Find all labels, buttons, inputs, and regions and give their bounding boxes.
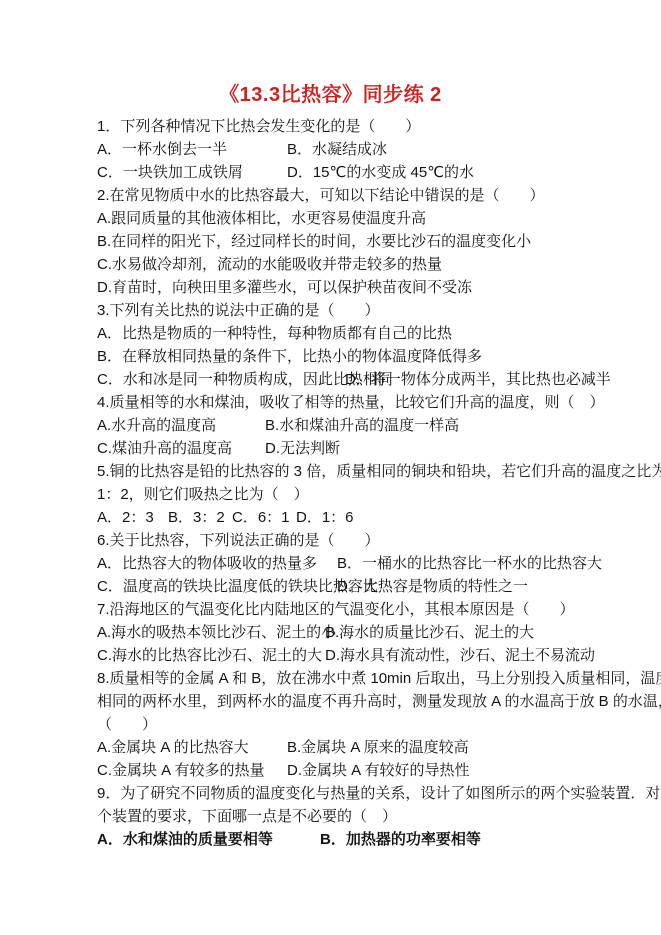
question-7-options-ab: A.海水的吸热本领比沙石、泥土的小B.海水的质量比沙石、泥土的大 (97, 621, 601, 644)
text-segment: A．比热容大的物体吸收的热量多 (97, 552, 337, 575)
text-segment: A.金属块 A 的比热容大 (97, 736, 287, 759)
text-segment: 9．为了研究不同物质的温度变化与热量的关系，设计了如图所示的两个实验装置．对这两 (97, 785, 661, 802)
question-6-options-ab: A．比热容大的物体吸收的热量多B．一桶水的比热容比一杯水的比热容大 (97, 552, 601, 575)
text-segment: （ ） (97, 716, 157, 733)
text-segment: 4.质量相等的水和煤油，吸收了相等的热量，比较它们升高的温度，则（ ） (97, 394, 605, 411)
question-8-stem-line2: 相同的两杯水里，到两杯水的温度不再升高时，测量发现放 A 的水温高于放 B 的水… (97, 690, 601, 713)
text-segment: C．6：1 (232, 506, 296, 529)
text-segment: D．15℃的水变成 45℃的水 (287, 164, 474, 181)
text-segment: C．一块铁加工成铁屑 (97, 161, 287, 184)
text-segment: B.在同样的阳光下，经过同样长的时间，水要比沙石的温度变化小 (97, 233, 531, 250)
text-segment: D．将一物体分成两半，其比热也必减半 (345, 371, 611, 388)
text-segment: 2.在常见物质中水的比热容最大，可知以下结论中错误的是（ ） (97, 187, 545, 204)
text-segment: B.海水的质量比沙石、泥土的大 (325, 624, 534, 641)
question-8-options-ab: A.金属块 A 的比热容大B.金属块 A 原来的温度较高 (97, 736, 601, 759)
text-segment: C.煤油升高的温度高 (97, 437, 265, 460)
question-2-option-b: B.在同样的阳光下，经过同样长的时间，水要比沙石的温度变化小 (97, 230, 601, 253)
question-9-stem-line2: 个装置的要求，下面哪一点是不必要的（ ） (97, 805, 601, 828)
question-2-stem: 2.在常见物质中水的比热容最大，可知以下结论中错误的是（ ） (97, 184, 601, 207)
text-segment: 3.下列有关比热的说法中正确的是（ ） (97, 302, 380, 319)
text-segment: 8.质量相等的金属 A 和 B，放在沸水中煮 10min 后取出，马上分别投入质… (97, 670, 661, 687)
question-6-stem: 6.关于比热容，下列说法正确的是（ ） (97, 529, 601, 552)
text-segment: B.金属块 A 原来的温度较高 (287, 739, 469, 756)
question-7-stem: 7.沿海地区的气温变化比内陆地区的气温变化小，其根本原因是（ ） (97, 598, 601, 621)
text-segment: B．在释放相同热量的条件下，比热小的物体温度降低得多 (97, 348, 482, 365)
question-9-options-ab: A．水和煤油的质量要相等B．加热器的功率要相等 (97, 828, 601, 851)
question-3-option-a: A．比热是物质的一种特性，每种物质都有自己的比热 (97, 322, 601, 345)
text-segment: A．比热是物质的一种特性，每种物质都有自己的比热 (97, 325, 452, 342)
text-segment: B.水和煤油升高的温度一样高 (265, 417, 459, 434)
text-segment: 5.铜的比热容是铅的比热容的 3 倍，质量相同的铜块和铅块，若它们升高的温度之比… (97, 463, 661, 480)
text-segment: A．水和煤油的质量要相等 (97, 828, 320, 851)
text-segment: C．水和冰是同一种物质构成，因此比热相同 (97, 368, 345, 391)
question-4-options-ab: A.水升高的温度高B.水和煤油升高的温度一样高 (97, 414, 601, 437)
text-segment: D.育苗时，向秧田里多灌些水，可以保护秧苗夜间不受冻 (97, 279, 472, 296)
question-6-options-cd: C．温度高的铁块比温度低的铁块比热容大D．比热容是物质的特性之一 (97, 575, 601, 598)
question-1-options-ab: A．一杯水倒去一半B．水凝结成冰 (97, 138, 601, 161)
question-2-option-c: C.水易做冷却剂，流动的水能吸收并带走较多的热量 (97, 253, 601, 276)
text-segment: 1：2，则它们吸热之比为（ ） (97, 486, 309, 503)
text-segment: A．2：3 (97, 506, 168, 529)
text-segment: A.跟同质量的其他液体相比，水更容易使温度升高 (97, 210, 426, 227)
text-segment: B．3：2 (168, 506, 232, 529)
text-segment: B．加热器的功率要相等 (320, 831, 481, 848)
question-9-stem-line1: 9．为了研究不同物质的温度变化与热量的关系，设计了如图所示的两个实验装置．对这两 (97, 782, 601, 805)
text-segment: D.海水具有流动性，沙石、泥土不易流动 (325, 647, 595, 664)
text-segment: 个装置的要求，下面哪一点是不必要的（ ） (97, 808, 397, 825)
question-1-stem: 1．下列各种情况下比热会发生变化的是（ ） (97, 115, 601, 138)
question-8-stem-line3: （ ） (97, 713, 601, 736)
question-2-option-d: D.育苗时，向秧田里多灌些水，可以保护秧苗夜间不受冻 (97, 276, 601, 299)
text-segment: A．一杯水倒去一半 (97, 138, 287, 161)
text-segment: 相同的两杯水里，到两杯水的温度不再升高时，测量发现放 A 的水温高于放 B 的水… (97, 693, 661, 710)
question-5-stem-line2: 1：2，则它们吸热之比为（ ） (97, 483, 601, 506)
worksheet-page: 《13.3比热容》同步练 2 1．下列各种情况下比热会发生变化的是（ ）A．一杯… (0, 0, 661, 935)
text-segment: D.金属块 A 有较好的导热性 (287, 762, 470, 779)
text-segment: A.水升高的温度高 (97, 414, 265, 437)
text-segment: B．水凝结成冰 (287, 141, 387, 158)
page-title: 《13.3比热容》同步练 2 (0, 0, 661, 108)
text-segment: 7.沿海地区的气温变化比内陆地区的气温变化小，其根本原因是（ ） (97, 601, 575, 618)
text-segment: C.水易做冷却剂，流动的水能吸收并带走较多的热量 (97, 256, 442, 273)
question-7-options-cd: C.海水的比热容比沙石、泥土的大D.海水具有流动性，沙石、泥土不易流动 (97, 644, 601, 667)
question-8-options-cd: C.金属块 A 有较多的热量D.金属块 A 有较好的导热性 (97, 759, 601, 782)
text-segment: D.无法判断 (265, 440, 340, 457)
text-segment: C.金属块 A 有较多的热量 (97, 759, 287, 782)
text-segment: D．1：6 (296, 509, 354, 526)
question-1-options-cd: C．一块铁加工成铁屑D．15℃的水变成 45℃的水 (97, 161, 601, 184)
document-lines: 1．下列各种情况下比热会发生变化的是（ ）A．一杯水倒去一半B．水凝结成冰C．一… (97, 115, 601, 851)
question-4-options-cd: C.煤油升高的温度高D.无法判断 (97, 437, 601, 460)
text-segment: B．一桶水的比热容比一杯水的比热容大 (337, 555, 602, 572)
text-segment: 6.关于比热容，下列说法正确的是（ ） (97, 532, 380, 549)
text-segment: D．比热容是物质的特性之一 (337, 578, 528, 595)
text-segment: A.海水的吸热本领比沙石、泥土的小 (97, 621, 325, 644)
question-8-stem-line1: 8.质量相等的金属 A 和 B，放在沸水中煮 10min 后取出，马上分别投入质… (97, 667, 601, 690)
question-3-options-cd: C．水和冰是同一种物质构成，因此比热相同D．将一物体分成两半，其比热也必减半 (97, 368, 601, 391)
question-5-options: A．2：3B．3：2C．6：1D．1：6 (97, 506, 601, 529)
question-4-stem: 4.质量相等的水和煤油，吸收了相等的热量，比较它们升高的温度，则（ ） (97, 391, 601, 414)
text-segment: C.海水的比热容比沙石、泥土的大 (97, 644, 325, 667)
question-3-option-b: B．在释放相同热量的条件下，比热小的物体温度降低得多 (97, 345, 601, 368)
text-segment: 1．下列各种情况下比热会发生变化的是（ ） (97, 118, 420, 135)
question-2-option-a: A.跟同质量的其他液体相比，水更容易使温度升高 (97, 207, 601, 230)
question-5-stem-line1: 5.铜的比热容是铅的比热容的 3 倍，质量相同的铜块和铅块，若它们升高的温度之比… (97, 460, 601, 483)
question-3-stem: 3.下列有关比热的说法中正确的是（ ） (97, 299, 601, 322)
text-segment: C．温度高的铁块比温度低的铁块比热容大 (97, 575, 337, 598)
